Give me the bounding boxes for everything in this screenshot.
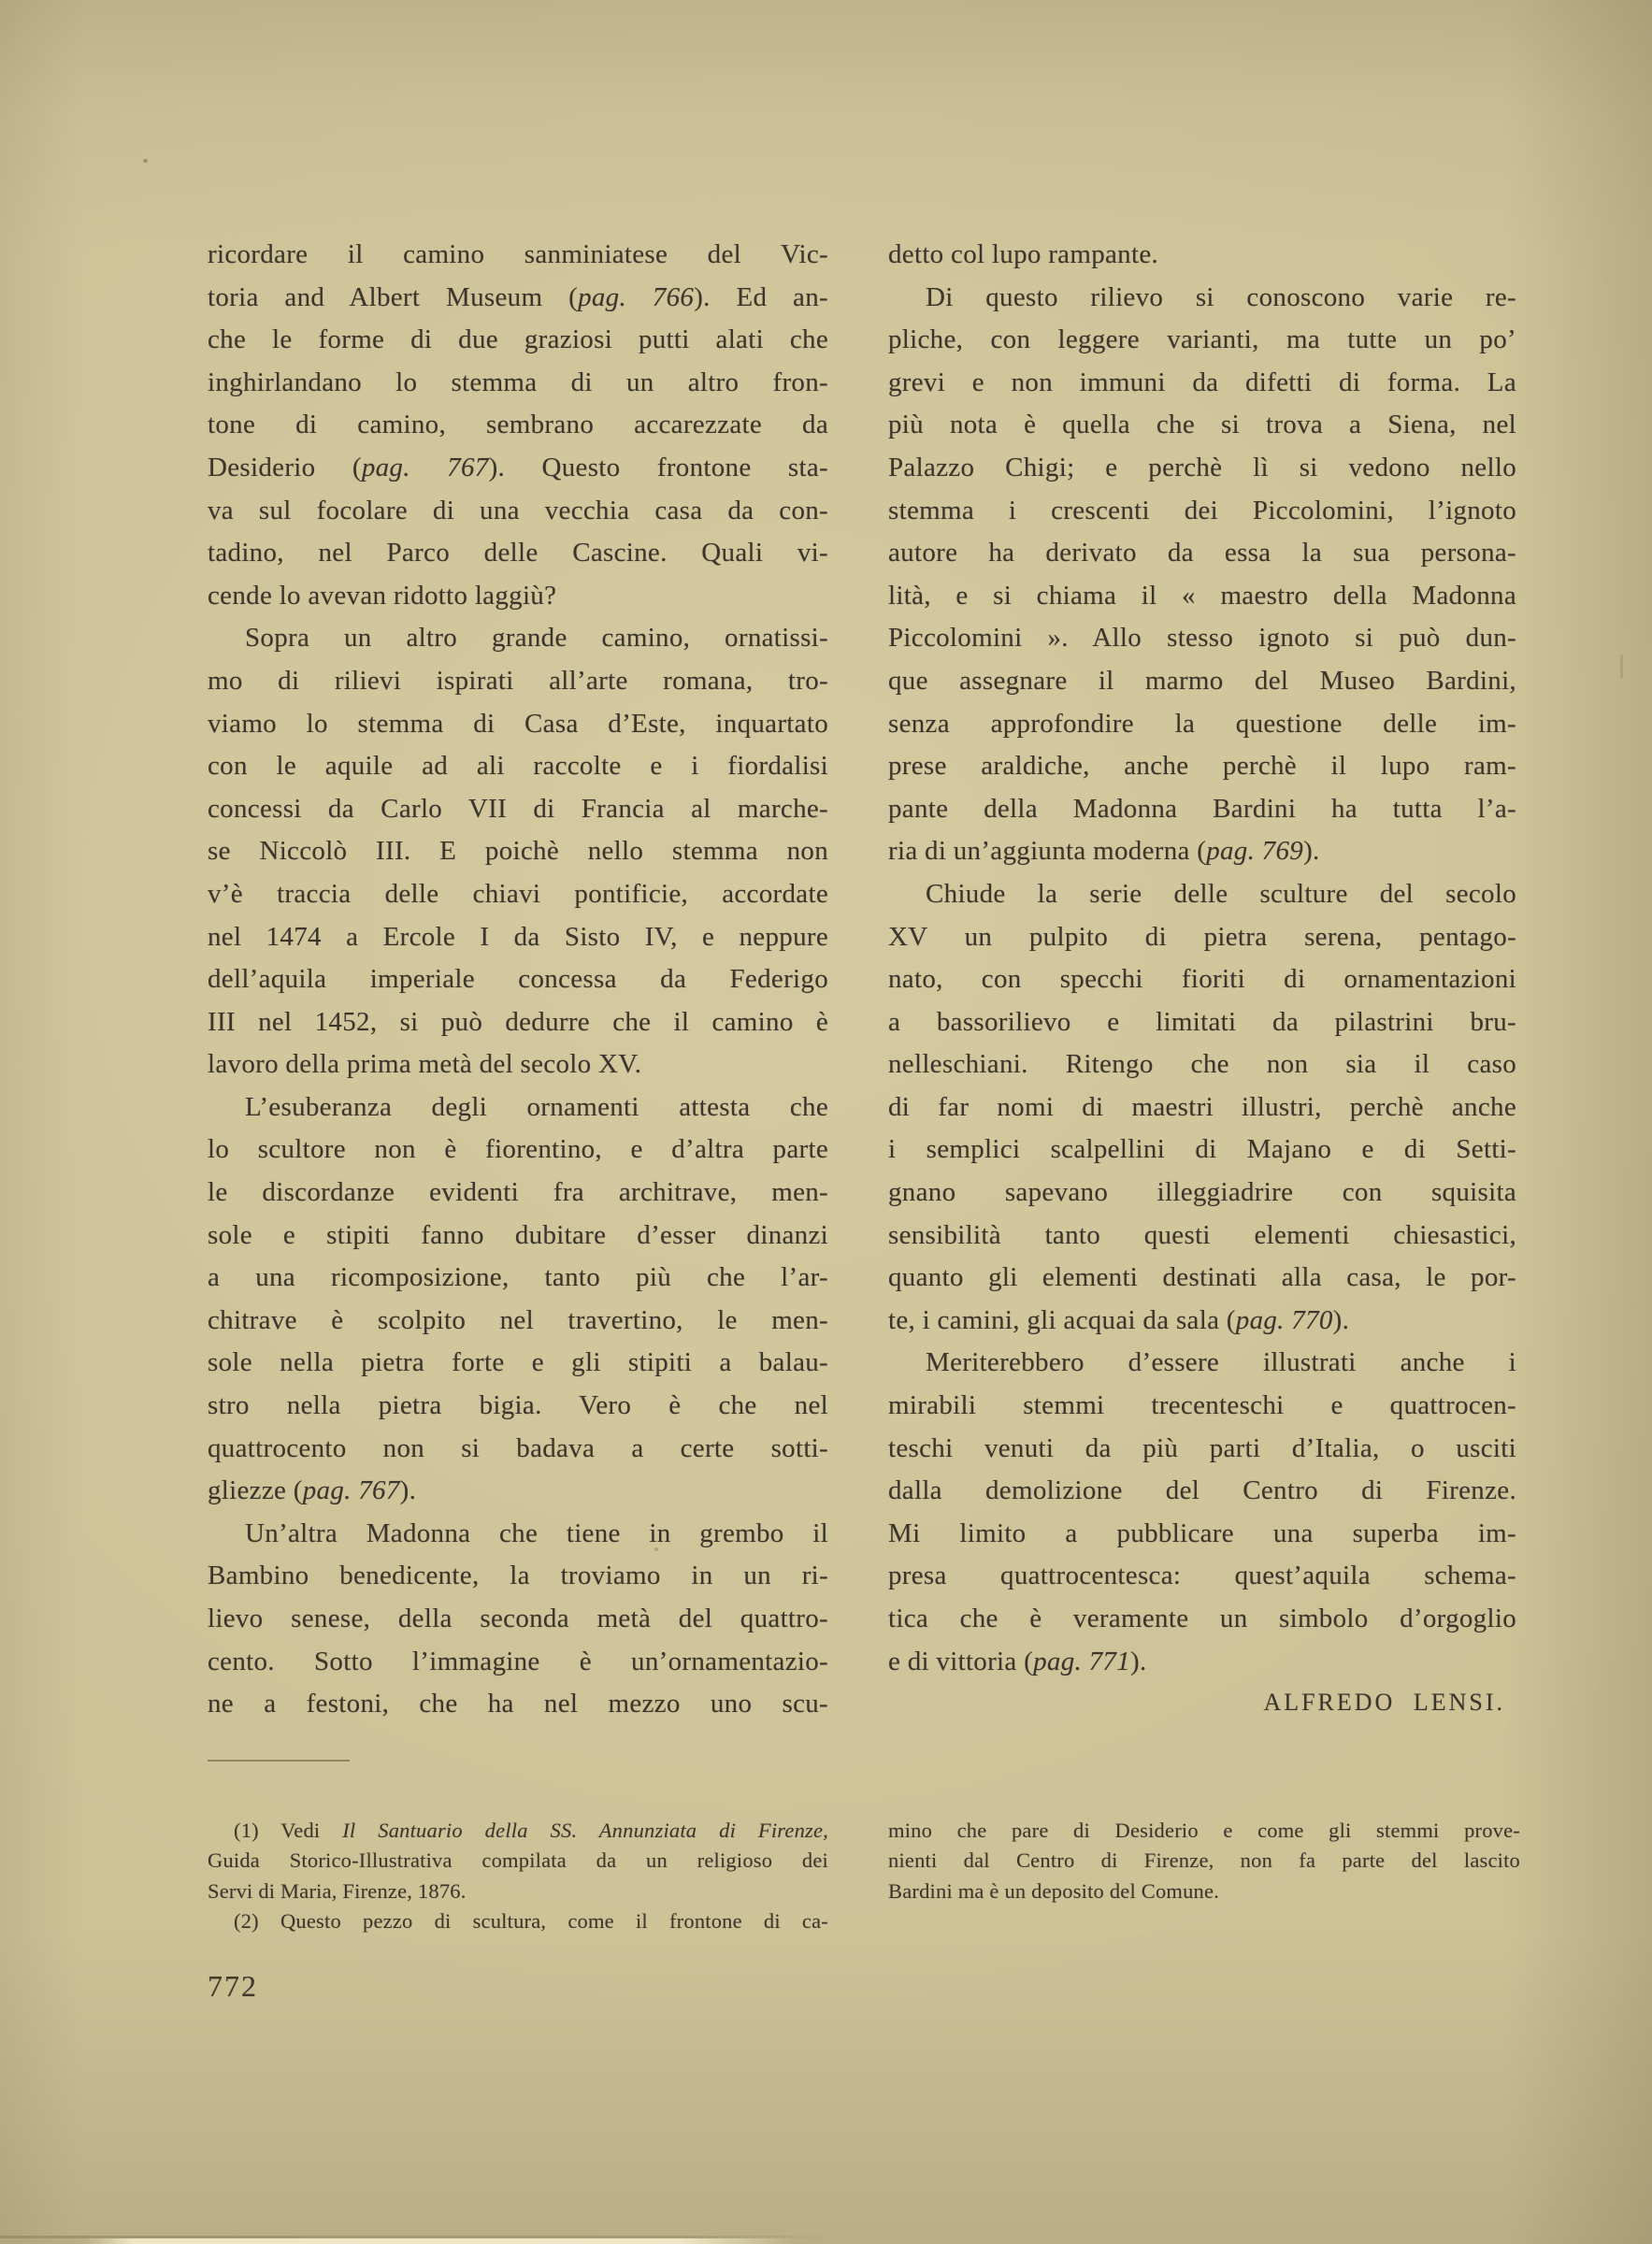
text-line: nel 1474 a Ercole I da Sisto IV, e neppu… — [208, 916, 828, 959]
text-line: sensibilità tanto questi elementi chiesa… — [888, 1215, 1516, 1258]
text-line: lavoro della prima metà del secolo XV. — [208, 1043, 828, 1086]
text-line: Desiderio (pag. 767). Questo frontone st… — [208, 447, 828, 490]
text-line: mo di rilievi ispirati all’arte romana, … — [208, 660, 828, 703]
text-line: chitrave è scolpito nel travertino, le m… — [208, 1300, 828, 1343]
text-line: mino che pare di Desiderio e come gli st… — [888, 1816, 1520, 1846]
text-line: con le aquile ad ali raccolte e i fiorda… — [208, 745, 828, 788]
text-line: di far nomi di maestri illustri, perchè … — [888, 1086, 1516, 1129]
text-line: più nota è quella che si trova a Siena, … — [888, 404, 1516, 447]
footnotes-left-column: (1) Vedi Il Santuario della SS. Annunzia… — [208, 1816, 828, 1937]
text-line: i semplici scalpellini di Majano e di Se… — [888, 1129, 1516, 1172]
text-line: Meriterebbero d’essere illustrati anche … — [888, 1342, 1516, 1385]
main-text-right-column: detto col lupo rampante.Di questo riliev… — [888, 234, 1516, 1683]
text-line: presa quattrocentesca: quest’aquila sche… — [888, 1555, 1516, 1598]
text-line: nelleschiani. Ritengo che non sia il cas… — [888, 1043, 1516, 1086]
text-line: Bardini ma è un deposito del Comune. — [888, 1877, 1520, 1906]
text-line: te, i camini, gli acquai da sala (pag. 7… — [888, 1300, 1516, 1343]
text-line: Guida Storico-Illustrativa compilata da … — [208, 1846, 828, 1876]
text-line: gnano sapevano illeggiadrire con squisit… — [888, 1172, 1516, 1215]
text-line: pante della Madonna Bardini ha tutta l’a… — [888, 788, 1516, 831]
text-line: stemma i crescenti dei Piccolomini, l’ig… — [888, 490, 1516, 533]
text-line: (2) Questo pezzo di scultura, come il fr… — [208, 1906, 828, 1936]
text-line: e di vittoria (pag. 771). — [888, 1641, 1516, 1684]
text-line: Piccolomini ». Allo stesso ignoto si può… — [888, 617, 1516, 660]
text-line: III nel 1452, si può dedurre che il cami… — [208, 1001, 828, 1044]
text-line: XV un pulpito di pietra serena, pentago- — [888, 916, 1516, 959]
text-line: Servi di Maria, Firenze, 1876. — [208, 1877, 828, 1906]
text-line: (1) Vedi Il Santuario della SS. Annunzia… — [208, 1816, 828, 1846]
text-line: viamo lo stemma di Casa d’Este, inquarta… — [208, 703, 828, 746]
book-page-scan: ricordare il camino sanminiatese del Vic… — [0, 0, 1652, 2244]
page-number: 772 — [208, 1969, 258, 2004]
text-line: senza approfondire la questione delle im… — [888, 703, 1516, 746]
text-line: Di questo rilievo si conoscono varie re- — [888, 277, 1516, 320]
text-line: prese araldiche, anche perchè il lupo ra… — [888, 745, 1516, 788]
text-line: inghirlandano lo stemma di un altro fron… — [208, 362, 828, 405]
scan-crease — [1620, 654, 1623, 679]
text-line: Palazzo Chigi; e perchè lì si vedono nel… — [888, 447, 1516, 490]
text-line: ne a festoni, che ha nel mezzo uno scu- — [208, 1683, 828, 1726]
author-signature: ALFREDO LENSI. — [888, 1689, 1505, 1717]
text-line: va sul focolare di una vecchia casa da c… — [208, 490, 828, 533]
text-line: que assegnare il marmo del Museo Bardini… — [888, 660, 1516, 703]
scan-speck — [654, 1547, 658, 1551]
text-line: nato, con specchi fioriti di ornamentazi… — [888, 958, 1516, 1001]
text-line: teschi venuti da più parti d’Italia, o u… — [888, 1428, 1516, 1471]
text-line: lo scultore non è fiorentino, e d’altra … — [208, 1129, 828, 1172]
text-line: toria and Albert Museum (pag. 766). Ed a… — [208, 277, 828, 320]
text-line: Bambino benedicente, la troviamo in un r… — [208, 1555, 828, 1598]
text-line: quattrocento non si badava a certe sotti… — [208, 1428, 828, 1471]
text-line: a una ricomposizione, tanto più che l’ar… — [208, 1257, 828, 1300]
footnotes-right-column: mino che pare di Desiderio e come gli st… — [888, 1816, 1520, 1906]
text-line: Sopra un altro grande camino, ornatissi- — [208, 617, 828, 660]
text-line: gliezze (pag. 767). — [208, 1470, 828, 1513]
text-line: v’è traccia delle chiavi pontificie, acc… — [208, 873, 828, 916]
text-line: sole e stipiti fanno dubitare d’esser di… — [208, 1215, 828, 1258]
text-line: Mi limito a pubblicare una superba im- — [888, 1513, 1516, 1556]
text-line: se Niccolò III. E poichè nello stemma no… — [208, 830, 828, 873]
text-line: pliche, con leggere varianti, ma tutte u… — [888, 319, 1516, 362]
page-bottom-edge-highlight — [84, 2238, 793, 2244]
text-line: tica che è veramente un simbolo d’orgogl… — [888, 1598, 1516, 1641]
text-line: dell’aquila imperiale concessa da Federi… — [208, 958, 828, 1001]
text-line: Chiude la serie delle sculture del secol… — [888, 873, 1516, 916]
text-line: mirabili stemmi trecenteschi e quattroce… — [888, 1385, 1516, 1428]
text-line: quanto gli elementi destinati alla casa,… — [888, 1257, 1516, 1300]
text-line: tone di camino, sembrano accarezzate da — [208, 404, 828, 447]
text-line: sole nella pietra forte e gli stipiti a … — [208, 1342, 828, 1385]
text-line: ricordare il camino sanminiatese del Vic… — [208, 234, 828, 277]
text-line: cento. Sotto l’immagine è un’ornamentazi… — [208, 1641, 828, 1684]
scan-speck — [143, 159, 148, 163]
text-line: grevi e non immuni da difetti di forma. … — [888, 362, 1516, 405]
text-line: ria di un’aggiunta moderna (pag. 769). — [888, 830, 1516, 873]
text-line: le discordanze evidenti fra architrave, … — [208, 1172, 828, 1215]
text-line: autore ha derivato da essa la sua person… — [888, 532, 1516, 575]
text-line: a bassorilievo e limitati da pilastrini … — [888, 1001, 1516, 1044]
main-text-left-column: ricordare il camino sanminiatese del Vic… — [208, 234, 828, 1726]
text-line: stro nella pietra bigia. Vero è che nel — [208, 1385, 828, 1428]
text-line: tadino, nel Parco delle Cascine. Quali v… — [208, 532, 828, 575]
footnote-separator-rule — [208, 1760, 350, 1762]
text-line: cende lo avevan ridotto laggiù? — [208, 575, 828, 618]
text-line: lievo senese, della seconda metà del qua… — [208, 1598, 828, 1641]
text-line: detto col lupo rampante. — [888, 234, 1516, 277]
text-line: concessi da Carlo VII di Francia al marc… — [208, 788, 828, 831]
text-line: lità, e si chiama il « maestro della Mad… — [888, 575, 1516, 618]
text-line: Un’altra Madonna che tiene in grembo il — [208, 1513, 828, 1556]
text-line: nienti dal Centro di Firenze, non fa par… — [888, 1846, 1520, 1876]
text-line: L’esuberanza degli ornamenti attesta che — [208, 1086, 828, 1129]
text-line: dalla demolizione del Centro di Firenze. — [888, 1470, 1516, 1513]
text-line: che le forme di due graziosi putti alati… — [208, 319, 828, 362]
